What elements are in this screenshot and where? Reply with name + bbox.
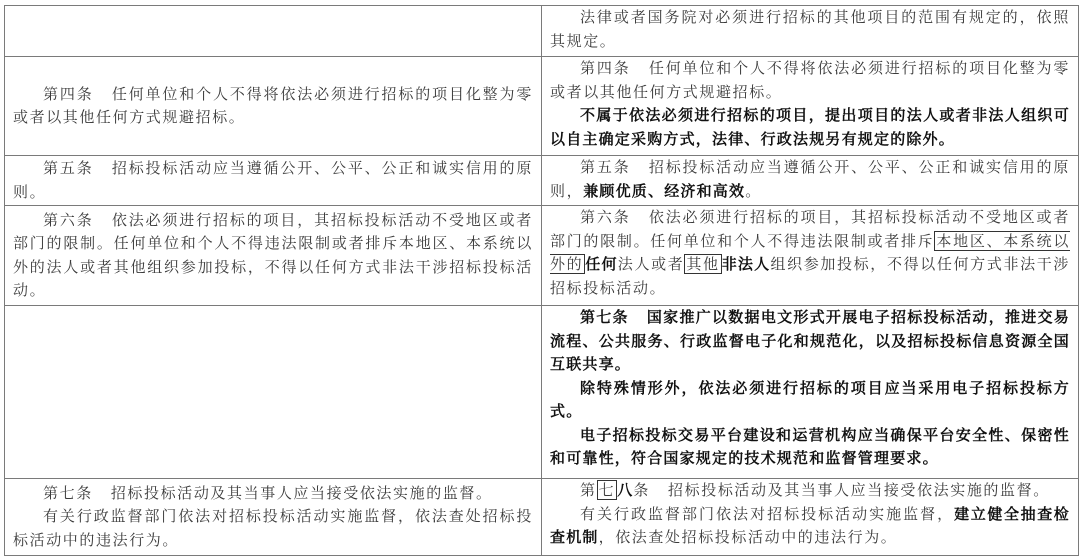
paragraph: 电子招标投标交易平台建设和运营机构应当确保平台安全性、保密性和可靠性，符合国家规… [550, 424, 1070, 471]
article-6-old: 第六条依法必须进行招标的项目，其招标投标活动不受地区或者部门的限制。任何单位和个… [13, 209, 533, 303]
table-row: 第四条任何单位和个人不得将依法必须进行招标的项目化整为零或者以其他任何方式规避招… [5, 57, 1079, 156]
article-6-new: 第六条依法必须进行招标的项目，其招标投标活动不受地区或者部门的限制。任何单位和个… [550, 206, 1070, 300]
article-number: 第六条 [580, 208, 631, 226]
new-text-cell: 第七条国家推广以数据电文形式开展电子招标投标活动，推进交易流程、公共服务、行政监… [542, 306, 1079, 479]
article-number: 第六条 [43, 211, 94, 229]
old-text-cell: 第六条依法必须进行招标的项目，其招标投标活动不受地区或者部门的限制。任何单位和个… [5, 206, 542, 306]
table-row: 法律或者国务院对必须进行招标的其他项目的范围有规定的，依照其规定。 [5, 6, 1079, 57]
article-8-new: 第七八条招标投标活动及其当事人应当接受依法实施的监督。 [550, 479, 1070, 503]
table-row: 第六条依法必须进行招标的项目，其招标投标活动不受地区或者部门的限制。任何单位和个… [5, 206, 1079, 306]
old-text-cell: 第五条招标投标活动应当遵循公开、公平、公正和诚实信用的原则。 [5, 156, 542, 206]
article-number: 第五条 [580, 158, 631, 176]
article-4-new-addition: 不属于依法必须进行招标的项目，提出项目的法人或者非法人组织可以自主确定采购方式，… [550, 104, 1070, 151]
old-text-cell: 第七条招标投标活动及其当事人应当接受依法实施的监督。 有关行政监督部门依法对招标… [5, 479, 542, 556]
table-row: 第七条国家推广以数据电文形式开展电子招标投标活动，推进交易流程、公共服务、行政监… [5, 306, 1079, 479]
article-7-old: 第七条招标投标活动及其当事人应当接受依法实施的监督。 [13, 482, 533, 506]
article-number: 第四条 [580, 59, 631, 77]
article-4-new: 第四条任何单位和个人不得将依法必须进行招标的项目化整为零或者以其他任何方式规避招… [550, 57, 1070, 104]
deleted-text-box: 七 [597, 480, 618, 500]
article-number: 第五条 [43, 159, 94, 177]
new-text-cell: 第四条任何单位和个人不得将依法必须进行招标的项目化整为零或者以其他任何方式规避招… [542, 57, 1079, 156]
old-text-cell [5, 6, 542, 57]
old-text-cell [5, 306, 542, 479]
article-7-new: 第七条国家推广以数据电文形式开展电子招标投标活动，推进交易流程、公共服务、行政监… [550, 306, 1070, 377]
article-number: 第七条 [43, 484, 93, 502]
paragraph: 有关行政监督部门依法对招标投标活动实施监督，依法查处招标投标活动中的违法行为。 [13, 505, 533, 552]
new-text-cell: 第五条招标投标活动应当遵循公开、公平、公正和诚实信用的原则，兼顾优质、经济和高效… [542, 156, 1079, 206]
table-row: 第七条招标投标活动及其当事人应当接受依法实施的监督。 有关行政监督部门依法对招标… [5, 479, 1079, 556]
old-text-cell: 第四条任何单位和个人不得将依法必须进行招标的项目化整为零或者以其他任何方式规避招… [5, 57, 542, 156]
article-5-new: 第五条招标投标活动应当遵循公开、公平、公正和诚实信用的原则，兼顾优质、经济和高效… [550, 156, 1070, 203]
paragraph: 除特殊情形外，依法必须进行招标的项目应当采用电子招标投标方式。 [550, 377, 1070, 424]
paragraph: 有关行政监督部门依法对招标投标活动实施监督，建立健全抽查检查机制，依法查处招标投… [550, 503, 1070, 550]
paragraph: 法律或者国务院对必须进行招标的其他项目的范围有规定的，依照其规定。 [550, 6, 1070, 53]
new-text-cell: 法律或者国务院对必须进行招标的其他项目的范围有规定的，依照其规定。 [542, 6, 1079, 57]
article-5-old: 第五条招标投标活动应当遵循公开、公平、公正和诚实信用的原则。 [13, 157, 533, 204]
new-text-cell: 第七八条招标投标活动及其当事人应当接受依法实施的监督。 有关行政监督部门依法对招… [542, 479, 1079, 556]
table-row: 第五条招标投标活动应当遵循公开、公平、公正和诚实信用的原则。 第五条招标投标活动… [5, 156, 1079, 206]
deleted-text-box: 其他 [684, 254, 721, 274]
article-number: 第四条 [43, 85, 94, 103]
comparison-table: 法律或者国务院对必须进行招标的其他项目的范围有规定的，依照其规定。 第四条任何单… [4, 5, 1079, 556]
article-4-old: 第四条任何单位和个人不得将依法必须进行招标的项目化整为零或者以其他任何方式规避招… [13, 83, 533, 130]
new-text-cell: 第六条依法必须进行招标的项目，其招标投标活动不受地区或者部门的限制。任何单位和个… [542, 206, 1079, 306]
article-number: 第七条 [580, 308, 629, 326]
